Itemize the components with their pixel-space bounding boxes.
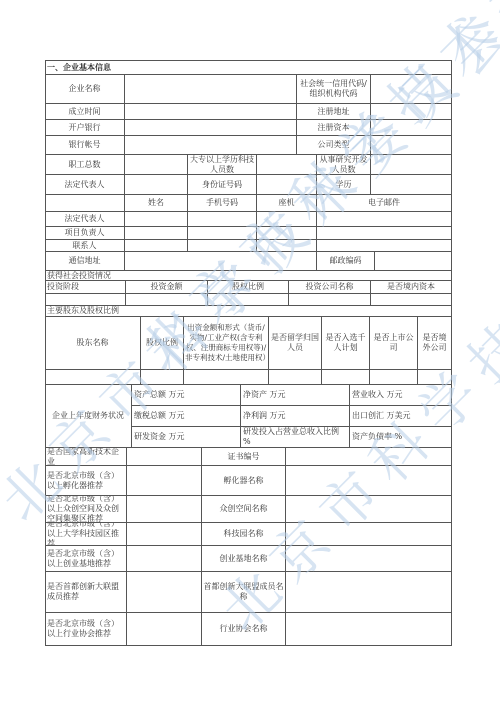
recommend-name-label: 科技园名称 [202,523,286,546]
label-address: 通信地址 [45,252,125,271]
label-company-name: 企业名称 [45,75,125,104]
shareholder-capital-field[interactable] [184,370,269,385]
contact-phone-field[interactable] [257,240,317,252]
contact-row-label: 项目负责人 [45,227,125,240]
label-reg-capital: 注册资本 [297,120,371,136]
address-field[interactable] [125,252,317,271]
investment-domestic-field[interactable] [371,294,452,306]
section-title: 一、企业基本信息 [45,60,452,75]
recommend-name-label: 行业协会名称 [202,613,286,646]
recommend-question: 是否国家高新技术企业 [45,448,127,466]
finance-debt-ratio[interactable]: 资产负债率 % [350,427,452,448]
contact-row-label: 联系人 [45,240,125,252]
company-name-field[interactable] [125,75,297,104]
contact-email-field[interactable] [317,240,452,252]
shareholder-header-listed: 是否上市公司 [370,317,418,370]
finance-revenue[interactable]: 营业收入 万元 [350,385,452,406]
credit-code-field[interactable] [371,75,452,104]
bank-field[interactable] [125,120,297,136]
investment-title: 获得社会投资情况 [45,271,452,281]
investment-header-stage: 投资阶段 [45,281,126,294]
label-rd-staff: 从事研究开发人员数 [317,155,371,175]
recommend-name-label: 证书编号 [202,448,286,466]
label-education: 学历 [317,175,371,195]
contact-email-field[interactable] [317,212,452,227]
contact-name-field[interactable] [125,212,188,227]
recommend-answer-field[interactable] [127,466,202,496]
shareholder-header-name: 股东名称 [45,317,141,370]
staff-total-field[interactable] [125,155,188,175]
recommend-answer-field[interactable] [127,523,202,546]
finance-rd-funds[interactable]: 研发资金 万元 [132,427,241,448]
contacts-header-phone: 座机 [257,195,317,212]
contacts-header-mobile: 手机号码 [188,195,257,212]
contact-phone-field[interactable] [257,227,317,240]
recommend-name-field[interactable] [286,466,452,496]
shareholder-header-foreign: 是否境外公司 [418,317,452,370]
shareholder-header-thousand: 是否入选千人计划 [322,317,370,370]
reg-address-field[interactable] [371,104,452,120]
contact-mobile-field[interactable] [188,240,257,252]
label-bank: 开户银行 [45,120,125,136]
label-college-staff: 大专以上学历科技人员数 [188,155,257,175]
label-founded: 成立时间 [45,104,125,120]
recommend-answer-field[interactable] [127,448,202,466]
recommend-question: 是否首都创新大联盟成员推荐 [45,572,127,613]
investment-stage-field[interactable] [45,294,126,306]
recommend-name-label: 创业基地名称 [202,546,286,572]
finance-label: 企业上年度财务状况 [45,385,132,448]
contacts-header-email: 电子邮件 [317,195,452,212]
recommend-question: 是否北京市级（含）以上行业协会推荐 [45,613,127,646]
recommend-answer-field[interactable] [127,613,202,646]
shareholder-listed-field[interactable] [370,370,418,385]
recommend-question: 是否北京市级（含）以上大学科技园区推荐 [45,523,127,546]
postcode-field[interactable] [375,252,452,271]
finance-rd-ratio[interactable]: 研发投入占营业总收入比例 % [241,427,350,448]
founded-field[interactable] [125,104,297,120]
investment-ratio-field[interactable] [208,294,289,306]
shareholder-foreign-field[interactable] [418,370,452,385]
finance-export[interactable]: 出口创汇 万美元 [350,406,452,427]
legal-rep-field[interactable] [125,175,188,195]
shareholder-returnee-field[interactable] [269,370,322,385]
recommend-name-field[interactable] [286,448,452,466]
contact-row-label: 法定代表人 [45,212,125,227]
college-staff-field[interactable] [257,155,317,175]
recommend-question: 是否北京市级（含）以上孵化器推荐 [45,466,127,496]
label-account: 银行帐号 [45,136,125,155]
contact-mobile-field[interactable] [188,212,257,227]
finance-net-profit[interactable]: 净利润 万元 [241,406,350,427]
label-reg-address: 注册地址 [297,104,371,120]
recommend-name-field[interactable] [286,613,452,646]
shareholder-header-returnee: 是否留学归国人员 [269,317,322,370]
contact-name-field[interactable] [125,240,188,252]
recommend-question: 是否北京市级（含）以上创业基地推荐 [45,546,127,572]
recommend-question: 是否北京市级（含）以上众创空间及众创空间集聚区推荐 [45,496,127,523]
recommend-name-label: 孵化器名称 [202,466,286,496]
recommend-name-field[interactable] [286,546,452,572]
reg-capital-field[interactable] [371,120,452,136]
contacts-header-blank [45,195,125,212]
account-field[interactable] [125,136,297,155]
shareholder-name-field[interactable] [45,370,141,385]
investment-header-domestic: 是否境内资本 [371,281,452,294]
shareholders-title: 主要股东及股权比例 [45,306,452,317]
investment-company-field[interactable] [289,294,371,306]
shareholder-thousand-field[interactable] [322,370,370,385]
label-id-number: 身份证号码 [188,175,257,195]
recommend-name-field[interactable] [286,523,452,546]
contact-name-field[interactable] [125,227,188,240]
label-credit-code: 社会统一信用代码/组织机构代码 [297,75,371,104]
finance-total-assets[interactable]: 资产总额 万元 [132,385,241,406]
recommend-name-label: 首都创新大联盟成员名称 [202,572,286,613]
id-number-field[interactable] [257,175,317,195]
shareholder-ratio-field[interactable] [141,370,184,385]
label-legal-rep: 法定代表人 [45,175,125,195]
contact-email-field[interactable] [317,227,452,240]
recommend-answer-field[interactable] [127,572,202,613]
finance-taxes[interactable]: 缴税总额 万元 [132,406,241,427]
shareholder-header-capital: 出资金额和形式（货币/实物/工业产权(含专利权、注册商标专用权等)/非专利技术/… [184,317,269,370]
recommend-name-label: 众创空间名称 [202,496,286,523]
recommend-name-field[interactable] [286,496,452,523]
recommend-answer-field[interactable] [127,546,202,572]
recommend-answer-field[interactable] [127,496,202,523]
education-field[interactable] [371,175,452,195]
finance-net-assets[interactable]: 净资产 万元 [241,385,350,406]
investment-header-amount: 投资金额 [126,281,208,294]
investment-amount-field[interactable] [126,294,208,306]
company-type-field[interactable] [371,136,452,155]
investment-header-company: 投资公司名称 [289,281,371,294]
recommend-name-field[interactable] [286,572,452,613]
label-company-type: 公司类型 [297,136,371,155]
investment-header-ratio: 股权比例 [208,281,289,294]
label-staff-total: 职工总数 [45,155,125,175]
shareholder-header-ratio: 股权比例 [141,317,184,370]
rd-staff-field[interactable] [371,155,452,175]
contacts-header-name: 姓名 [125,195,188,212]
contact-phone-field[interactable] [257,212,317,227]
label-postcode: 邮政编码 [317,252,375,271]
contact-mobile-field[interactable] [188,227,257,240]
